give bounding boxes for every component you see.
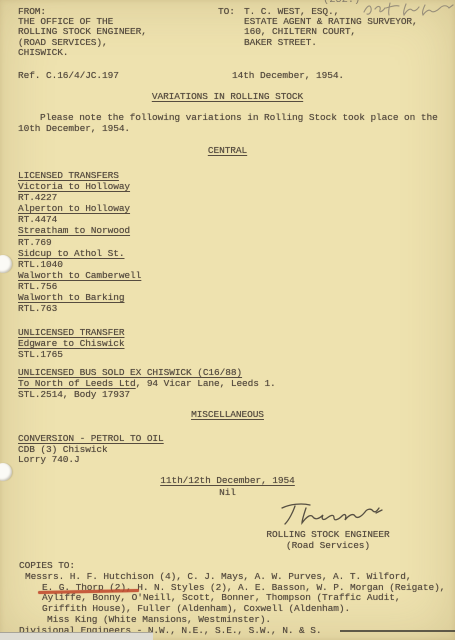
signature-handwritten [276,499,384,529]
buyer-line: To North of Leeds Ltd, 94 Vicar Lane, Le… [18,378,276,389]
scan-edge-strip [0,632,153,640]
document-date: 14th December, 1954. [232,71,344,81]
from-address-block: FROM: THE OFFICE OF THE ROLLING STOCK EN… [18,7,147,58]
section-heading-central: CENTRAL [0,146,455,156]
conversion-line: Lorry 740.J [18,455,164,466]
pencil-page-number: (252.) [323,0,360,5]
fleet-number: RT.4474 [18,214,141,225]
bus-sold-list: UNLICENSED BUS SOLD EX CHISWICK (C16/88)… [18,367,276,400]
document-title: VARIATIONS IN ROLLING STOCK [0,92,455,102]
fleet-number: RTL.756 [18,281,141,292]
fleet-number: RT.4227 [18,192,141,203]
signatory-role: ROLLING STOCK ENGINEER [257,529,399,540]
route-line: Alperton to Holloway [18,203,141,214]
reference-number: Ref. C.16/4/JC.197 [18,71,119,81]
second-date-value: Nil [0,488,455,498]
fleet-number: RTL.1040 [18,259,141,270]
route-line: Walworth to Camberwell [18,270,141,281]
route-line: Victoria to Holloway [18,181,141,192]
intro-line: Please note the following variations in … [18,113,448,124]
licensed-transfers-list: LICENSED TRANSFERS Victoria to Holloway … [18,170,141,314]
route-line: Sidcup to Athol St. [18,248,141,259]
signatory-dept: (Road Services) [257,540,399,551]
copies-line: Messrs. H. F. Hutchison (4), C. J. Mays,… [25,572,445,583]
punch-hole-top [0,255,12,273]
fleet-number: RTL.763 [18,303,141,314]
list-heading: UNLICENSED TRANSFER [18,327,124,338]
second-date-heading: 11th/12th December, 1954 [0,476,455,486]
to-label: TO: [218,7,235,17]
fleet-number: RT.769 [18,237,141,248]
route-line: Streatham to Norwood [18,225,141,236]
route-line: Edgware to Chiswick [18,338,124,349]
copies-to-block: COPIES TO: Messrs. H. F. Hutchison (4), … [19,561,445,637]
unlicensed-transfer-list: UNLICENSED TRANSFER Edgware to Chiswick … [18,327,124,360]
signatory-block: ROLLING STOCK ENGINEER (Road Services) [257,529,399,551]
intro-paragraph: Please note the following variations in … [18,113,448,134]
from-line: CHISWICK. [18,48,147,58]
scanned-memo-page: (252.) FROM: THE OFFICE OF THE ROLLING S… [0,0,455,640]
list-heading: LICENSED TRANSFERS [18,170,141,181]
scan-edge-line [340,630,455,632]
section-heading-miscellaneous: MISCELLANEOUS [0,410,455,420]
conversion-block: CONVERSION - PETROL TO OIL CDB (3) Chisw… [18,434,164,466]
fleet-number: STL.2514, Body 17937 [18,389,276,400]
list-heading: CONVERSION - PETROL TO OIL [18,434,164,445]
fleet-number: STL.1765 [18,349,124,360]
to-address-block: TO: T. C. WEST, ESQ., ESTATE AGENT & RAT… [218,7,418,48]
list-heading: UNLICENSED BUS SOLD EX CHISWICK (C16/88) [18,367,276,378]
intro-line: 10th December, 1954. [18,124,448,135]
route-line: Walworth to Barking [18,292,141,303]
to-line: BAKER STREET. [244,38,418,48]
